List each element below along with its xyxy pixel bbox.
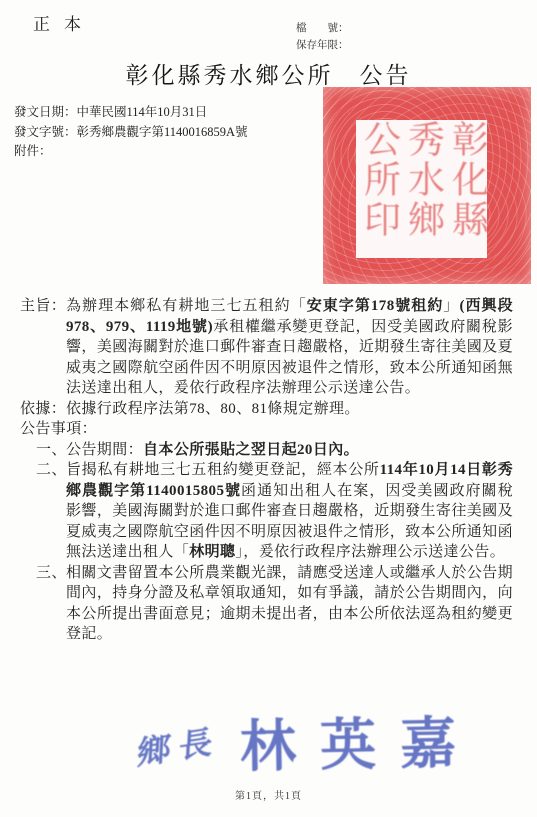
mayor-signature-stamp: 鄉長 林英嘉 <box>137 699 480 785</box>
subject-paragraph: 主旨： 為辦理本鄉私有耕地三七五租約「安東字第178號租約」(西興段978、97… <box>0 296 537 399</box>
item-2-number: 二、 <box>36 460 67 481</box>
document-page: 正本 檔 號： 保存年限： 彰化縣秀水鄉公所 公告 發文日期：中華民國114年1… <box>0 0 537 817</box>
announcement-item-1: 一、 公告期間：自本公所張貼之翌日起20日內。 <box>0 440 537 461</box>
copy-type-label: 正本 <box>33 10 95 35</box>
basis-text: 依據行政程序法第78、80、81條規定辦理。 <box>66 401 360 417</box>
seal-characters: 彰化縣秀水鄉公所印 <box>356 120 488 258</box>
basis-label: 依據： <box>20 399 66 420</box>
item-3-text: 相關文書留置本公所農業觀光課，請應受送達人或繼承人於公告期間內，持身分證及私章領… <box>66 565 513 643</box>
issue-date-row: 發文日期：中華民國114年10月31日 <box>14 103 248 123</box>
item-1-text: 公告期間：自本公所張貼之翌日起20日內。 <box>66 442 359 458</box>
document-body: 主旨： 為辦理本鄉私有耕地三七五租約「安東字第178號租約」(西興段978、97… <box>0 296 537 645</box>
document-title: 彰化縣秀水鄉公所 公告 <box>0 57 537 90</box>
attachment-label: 附件： <box>14 144 52 158</box>
issue-date-value: 中華民國114年10月31日 <box>77 105 208 119</box>
subject-label: 主旨： <box>20 296 66 317</box>
doc-number-row: 發文字號：彰秀鄉農觀字第1140016859A號 <box>14 123 248 143</box>
seal-inner-area: 彰化縣秀水鄉公所印 <box>356 120 487 258</box>
archive-info: 檔 號： 保存年限： <box>296 20 349 54</box>
doc-number-value: 彰秀鄉農觀字第1140016859A號 <box>77 125 248 139</box>
subject-text: 為辦理本鄉私有耕地三七五租約「安東字第178號租約」(西興段978、979、11… <box>66 298 513 396</box>
mayor-name-stamp: 林英嘉 <box>239 699 480 783</box>
file-number-label: 檔 號： <box>296 20 349 37</box>
page-number-footer: 第1頁，共1頁 <box>0 787 537 802</box>
item-1-number: 一、 <box>36 440 67 461</box>
items-heading: 公告事項： <box>0 419 537 440</box>
mayor-title-stamp: 鄉長 <box>136 715 222 774</box>
item-3-number: 三、 <box>36 563 67 584</box>
announcement-item-3: 三、 相關文書留置本公所農業觀光課，請應受送達人或繼承人於公告期間內，持身分證及… <box>0 563 537 645</box>
announcement-item-2: 二、 旨揭私有耕地三七五租約變更登記，經本公所114年10月14日彰秀鄉農觀字第… <box>0 460 537 563</box>
document-meta: 發文日期：中華民國114年10月31日 發文字號：彰秀鄉農觀字第11400168… <box>14 103 248 162</box>
basis-paragraph: 依據： 依據行政程序法第78、80、81條規定辦理。 <box>0 399 537 420</box>
retention-period-label: 保存年限： <box>296 37 349 54</box>
official-red-seal: 彰化縣秀水鄉公所印 <box>323 87 531 284</box>
issue-date-label: 發文日期： <box>14 105 77 119</box>
attachment-row: 附件： <box>14 142 248 162</box>
item-2-text: 旨揭私有耕地三七五租約變更登記，經本公所114年10月14日彰秀鄉農觀字第114… <box>66 462 513 560</box>
doc-number-label: 發文字號： <box>14 125 77 139</box>
